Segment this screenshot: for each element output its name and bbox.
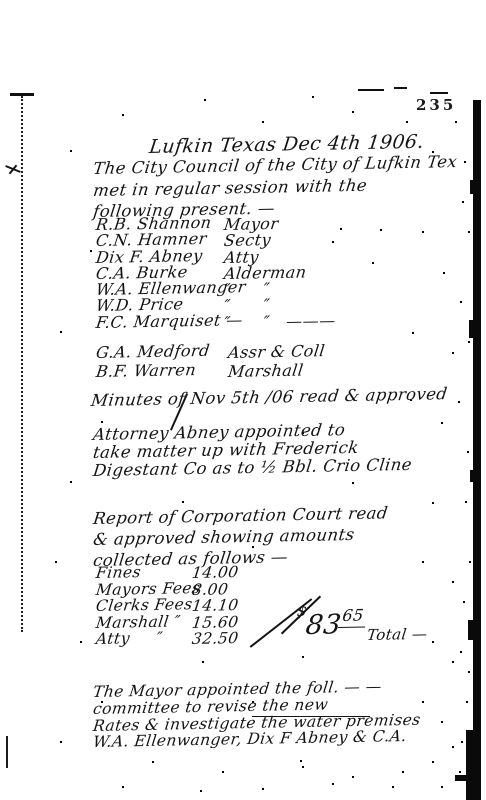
fee-row: Atty ″ 32.50 <box>95 631 237 648</box>
total-label: Total — <box>366 625 429 644</box>
officer-title: Marshall <box>227 361 305 381</box>
handwritten-content: Lufkin Texas Dec 4th 1906. The City Coun… <box>0 0 486 800</box>
committee-paragraph: The Mayor appointed the foll. — —committ… <box>92 684 419 751</box>
fee-amount: 14.10 <box>191 597 239 614</box>
fee-row: Marshall ″ 15.60 <box>95 615 237 632</box>
officers-list: G.A. Medford Assr & Coll B.F. Warren Mar… <box>95 343 324 381</box>
attendance-roster: R.B. Shannon Mayor C.N. Hamner Secty Dix… <box>95 217 334 331</box>
handwritten-line: Digestant Co as to ½ Bbl. Crio Cline <box>92 456 413 480</box>
opening-paragraph: The City Council of the City of Lufkin T… <box>92 158 455 223</box>
officer-title: Assr & Coll <box>227 341 326 362</box>
person-title: ″ ″ ——— <box>223 313 337 331</box>
person-name: F.C. Marquiset — <box>95 312 225 331</box>
total-annotation: $ 83 65 Total — <box>248 596 438 658</box>
minutes-approval-line: Minutes of Nov 5th /06 read & approved <box>90 384 449 410</box>
officer-row: B.F. Warren Marshall <box>95 362 324 381</box>
handwritten-line: W.A. Ellenwanger, Dix F Abney & C.A. <box>92 728 422 751</box>
total-dollars: 83 <box>304 609 343 641</box>
report-paragraph: Report of Corporation Court read& approv… <box>92 508 386 571</box>
officer-name: G.A. Medford <box>95 340 230 362</box>
fee-amount: 32.50 <box>191 630 239 647</box>
fees-table: Fines 14.00 Mayors Fees 8.00 Clerks Fees… <box>95 565 237 648</box>
total-cents: 65 <box>338 605 368 628</box>
roster-row: F.C. Marquiset — ″ ″ ——— <box>95 315 334 331</box>
fee-label: Atty ″ <box>95 629 193 647</box>
attorney-paragraph: Attorney Abney appointed totake matter u… <box>92 426 410 480</box>
scanned-minutes-page: 235 Lufkin Texas Dec 4th 1906. The City … <box>0 0 486 800</box>
officer-name: B.F. Warren <box>95 359 230 381</box>
